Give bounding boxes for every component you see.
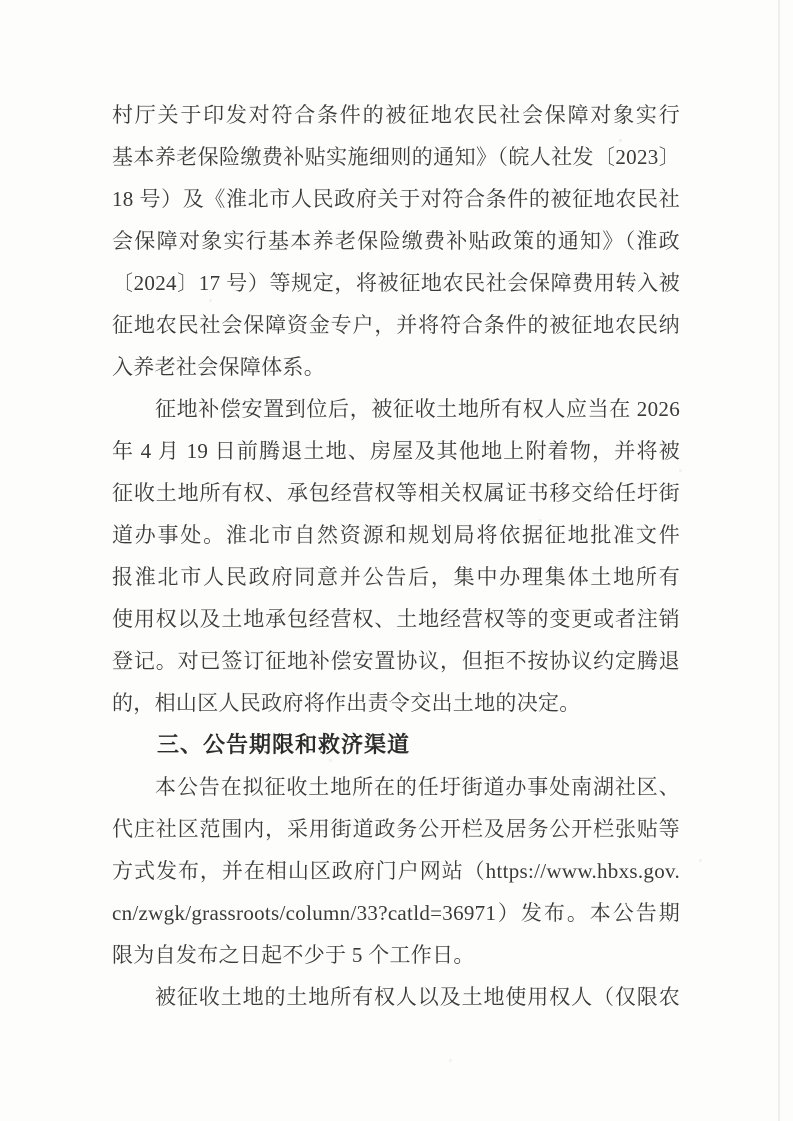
text-line: 报淮北市人民政府同意并公告后，集中办理集体土地所有权、 — [112, 556, 680, 598]
text-line: 18 号）及《淮北市人民政府关于对符合条件的被征地农民社 — [112, 178, 680, 220]
text-line: 代庄社区范围内，采用街道政务公开栏及居务公开栏张贴等 — [112, 808, 680, 850]
text-line: 方式发布，并在相山区政府门户网站（https://www.hbxs.gov. — [112, 850, 680, 892]
text-line: 使用权以及土地承包经营权、土地经营权等的变更或者注销 — [112, 598, 680, 640]
document-page-body: 村厅关于印发对符合条件的被征地农民社会保障对象实行基本养老保险缴费补贴实施细则的… — [112, 94, 680, 1018]
text-line: 年 4 月 19 日前腾退土地、房屋及其他地上附着物，并将被 — [112, 430, 680, 472]
scan-artifact-line — [778, 0, 780, 1121]
text-line: 征收土地所有权、承包经营权等相关权属证书移交给任圩街 — [112, 472, 680, 514]
section-heading: 三、公告期限和救济渠道 — [112, 724, 680, 766]
scan-noise-specks — [0, 0, 1, 1]
text-line: 〔2024〕17 号）等规定，将被征地农民社会保障费用转入被 — [112, 262, 680, 304]
text-line: 的，相山区人民政府将作出责令交出土地的决定。 — [112, 682, 680, 724]
text-line: cn/zwgk/grassroots/column/33?catld=36971… — [112, 892, 680, 934]
text-line: 被征收土地的土地所有权人以及土地使用权人（仅限农 — [112, 976, 680, 1018]
text-line: 入养老社会保障体系。 — [112, 346, 680, 388]
text-line: 会保障对象实行基本养老保险缴费补贴政策的通知》（淮政 — [112, 220, 680, 262]
text-line: 基本养老保险缴费补贴实施细则的通知》（皖人社发〔2023〕 — [112, 136, 680, 178]
text-line: 登记。对已签订征地补偿安置协议，但拒不按协议约定腾退 — [112, 640, 680, 682]
text-line: 本公告在拟征收土地所在的任圩街道办事处南湖社区、 — [112, 766, 680, 808]
text-line: 村厅关于印发对符合条件的被征地农民社会保障对象实行 — [112, 94, 680, 136]
text-line: 限为自发布之日起不少于 5 个工作日。 — [112, 934, 680, 976]
text-line: 征地补偿安置到位后，被征收土地所有权人应当在 2026 — [112, 388, 680, 430]
text-line: 征地农民社会保障资金专户，并将符合条件的被征地农民纳 — [112, 304, 680, 346]
text-line: 道办事处。淮北市自然资源和规划局将依据征地批准文件等， — [112, 514, 680, 556]
